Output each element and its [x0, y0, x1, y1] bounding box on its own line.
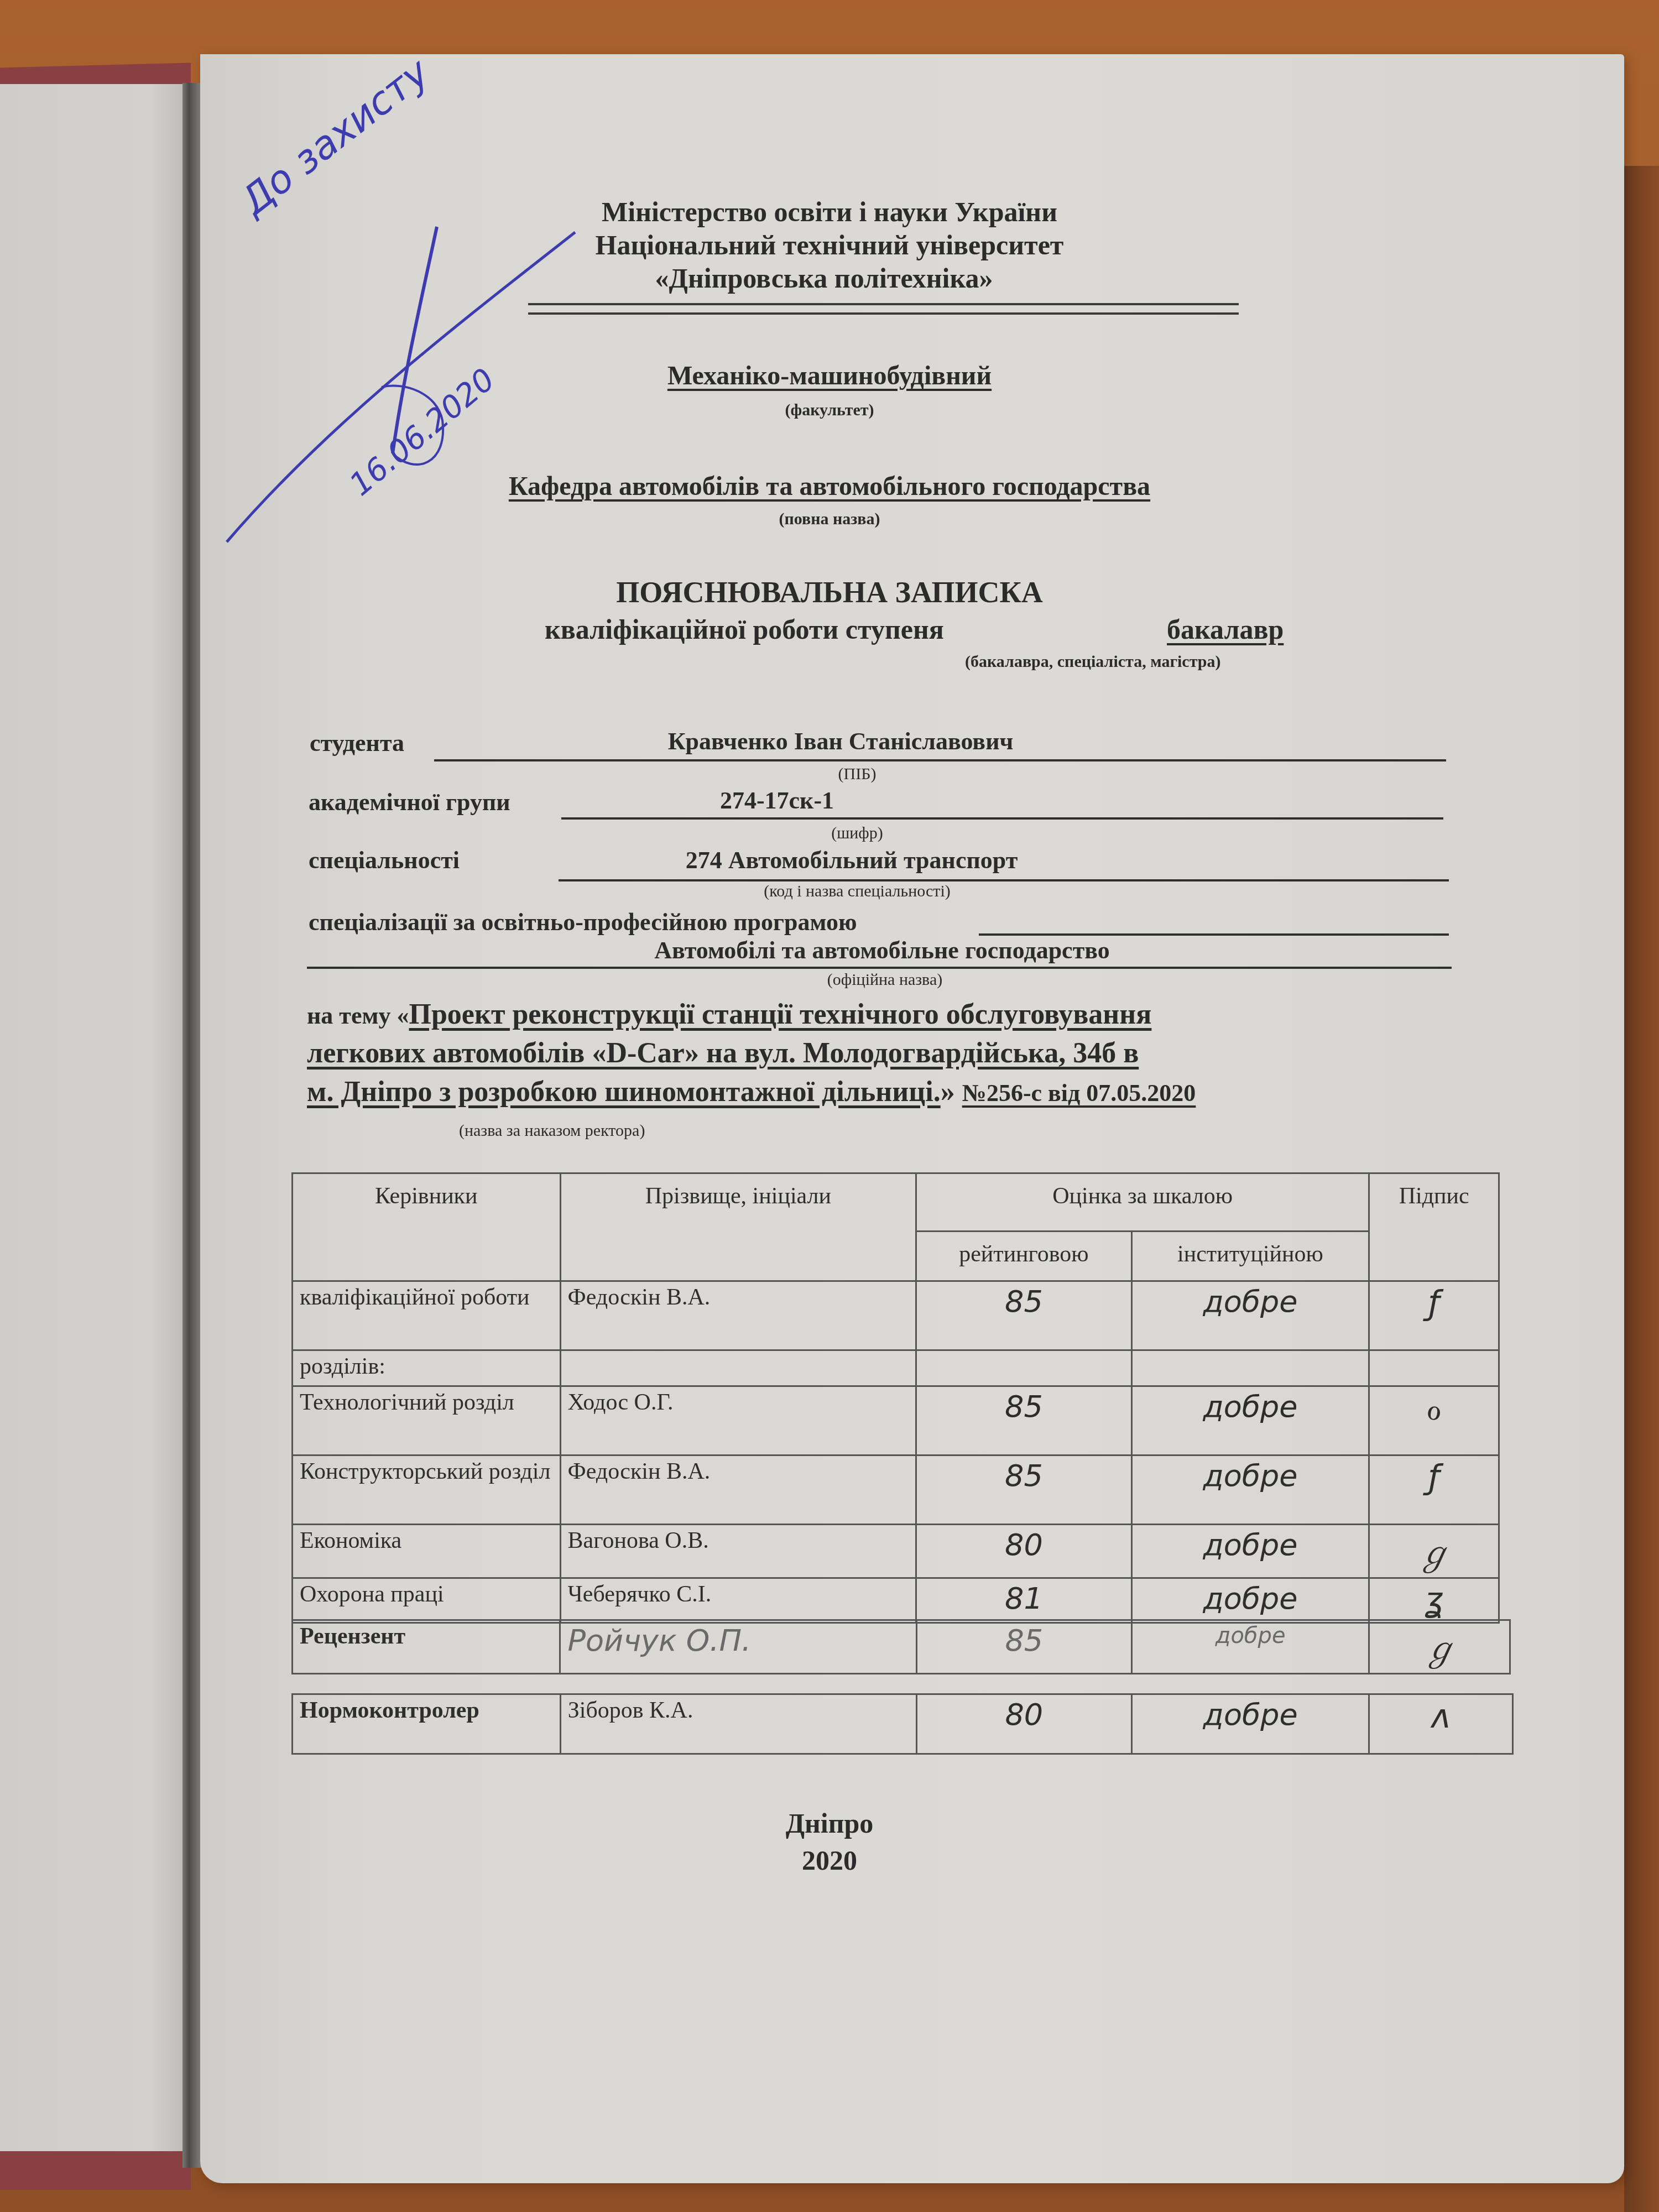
- signature-mark: ƒ: [1369, 1455, 1499, 1525]
- grades-table: Керівники Прізвище, ініціали Оцінка за ш…: [291, 1172, 1500, 1624]
- norm-controller-table: Нормоконтролер Зіборов К.А. 80 добре ʌ: [291, 1693, 1514, 1755]
- signature-mark: ʌ: [1369, 1694, 1513, 1754]
- reviewer-rating: 85: [916, 1620, 1131, 1674]
- topic-line-3: м. Дніпро з розробкою шиномонтажної діль…: [307, 1076, 1196, 1108]
- group-hint: (шифр): [719, 824, 995, 843]
- program-value: Автомобілі та автомобільне господарство: [307, 936, 1457, 964]
- table-header-row: Керівники Прізвище, ініціали Оцінка за ш…: [293, 1173, 1499, 1232]
- topic-text-3: м. Дніпро з розробкою шиномонтажної діль…: [307, 1076, 941, 1108]
- degree-value: бакалавр: [1167, 614, 1284, 645]
- header-rule-bottom: [528, 312, 1239, 315]
- topic-hint: (назва за наказом ректора): [459, 1121, 645, 1140]
- reviewer-institutional: добре: [1131, 1620, 1369, 1674]
- document-title: ПОЯСНЮВАЛЬНА ЗАПИСКА: [0, 577, 1659, 608]
- topic-close-quote: »: [941, 1076, 955, 1108]
- topic-text-2: легкових автомобілів «D-Car» на вул. Мол…: [307, 1037, 1139, 1069]
- reviewer-name: Ройчук О.П.: [560, 1620, 916, 1674]
- group-value: 274-17ск-1: [561, 786, 993, 815]
- row-role: кваліфікаційної роботи: [293, 1281, 561, 1350]
- signature-mark: ℊ: [1369, 1620, 1510, 1674]
- group-line: [561, 817, 1443, 820]
- norm-controller-name: Зіборов К.А.: [560, 1694, 916, 1754]
- student-label: студента: [310, 729, 404, 757]
- norm-controller-institutional: добре: [1131, 1694, 1369, 1754]
- specialty-label: спеціальності: [309, 846, 460, 874]
- specialty-value: 274 Автомобільний транспорт: [559, 846, 1145, 874]
- row-institutional: [1131, 1350, 1369, 1386]
- header-name: Прізвище, ініціали: [560, 1173, 916, 1281]
- topic-text-1: Проект реконструкції станції технічного …: [409, 999, 1151, 1030]
- row-name: Федоскін В.А.: [560, 1455, 916, 1525]
- row-rating: 81: [916, 1578, 1132, 1623]
- row-role: розділів:: [293, 1350, 561, 1386]
- row-rating: 85: [916, 1455, 1132, 1525]
- row-role: Конструкторський розділ: [293, 1455, 561, 1525]
- signature-mark: ℊ: [1369, 1525, 1499, 1578]
- row-role: Технологічний розділ: [293, 1386, 561, 1455]
- row-rating: 85: [916, 1386, 1132, 1455]
- row-institutional: добре: [1131, 1455, 1369, 1525]
- row-name: Чеберячко С.І.: [560, 1578, 916, 1623]
- header-institutional: інституційною: [1131, 1232, 1369, 1281]
- order-number: №256-с від 07.05.2020: [962, 1079, 1196, 1107]
- row-role: Охорона праці: [293, 1578, 561, 1623]
- student-hint: (ПІБ): [719, 765, 995, 784]
- reviewer-row: Рецензент Ройчук О.П. 85 добре ℊ: [293, 1620, 1510, 1674]
- degree-label: кваліфікаційної роботи ступеня: [545, 614, 944, 645]
- footer-city: Дніпро: [0, 1807, 1659, 1839]
- header-rule-top: [528, 303, 1239, 305]
- table-row: Конструкторський розділ Федоскін В.А. 85…: [293, 1455, 1499, 1525]
- row-role: Економіка: [293, 1525, 561, 1578]
- header-supervisors: Керівники: [293, 1173, 561, 1281]
- topic-line-2: легкових автомобілів «D-Car» на вул. Мол…: [307, 1037, 1139, 1070]
- program-line-2: [307, 967, 1452, 969]
- header-signature: Підпис: [1369, 1173, 1499, 1281]
- specialty-hint: (код і назва спеціальності): [691, 882, 1023, 901]
- approval-signature-icon: [216, 166, 603, 553]
- row-rating: [916, 1350, 1132, 1386]
- header-grade: Оцінка за шкалою: [916, 1173, 1369, 1232]
- table-row: Технологічний розділ Ходос О.Г. 85 добре…: [293, 1386, 1499, 1455]
- degree-hint: (бакалавра, спеціаліста, магістра): [965, 653, 1220, 671]
- row-institutional: добре: [1131, 1281, 1369, 1350]
- row-signature: [1369, 1350, 1499, 1386]
- book-cover-edge-bottom: [0, 2151, 191, 2190]
- table-row: розділів:: [293, 1350, 1499, 1386]
- row-rating: 80: [916, 1525, 1132, 1578]
- row-institutional: добре: [1131, 1386, 1369, 1455]
- signature-mark: ƒ: [1369, 1281, 1499, 1350]
- row-name: Федоскін В.А.: [560, 1281, 916, 1350]
- row-name: Вагонова О.В.: [560, 1525, 916, 1578]
- student-value: Кравченко Іван Станіславович: [434, 727, 1247, 755]
- topic-line-1: на тему «Проект реконструкції станції те…: [307, 998, 1151, 1031]
- row-institutional: добре: [1131, 1525, 1369, 1578]
- norm-controller-rating: 80: [916, 1694, 1131, 1754]
- topic-label: на тему «: [307, 1002, 409, 1029]
- header-rating: рейтинговою: [916, 1232, 1132, 1281]
- row-rating: 85: [916, 1281, 1132, 1350]
- specialty-line: [559, 879, 1449, 881]
- reviewer-role: Рецензент: [293, 1620, 560, 1674]
- reviewer-table: Рецензент Ройчук О.П. 85 добре ℊ: [291, 1619, 1511, 1674]
- table-row: кваліфікаційної роботи Федоскін В.А. 85 …: [293, 1281, 1499, 1350]
- table-row: Охорона праці Чеберячко С.І. 81 добре ʓ: [293, 1578, 1499, 1623]
- program-line-1: [979, 933, 1449, 936]
- norm-controller-row: Нормоконтролер Зіборов К.А. 80 добре ʌ: [293, 1694, 1513, 1754]
- student-line: [434, 759, 1446, 761]
- footer-year: 2020: [0, 1844, 1659, 1876]
- row-name: Ходос О.Г.: [560, 1386, 916, 1455]
- norm-controller-role: Нормоконтролер: [293, 1694, 561, 1754]
- program-hint: (офіційна назва): [747, 971, 1023, 989]
- signature-mark: ʓ: [1369, 1578, 1499, 1623]
- row-name: [560, 1350, 916, 1386]
- table-row: Економіка Вагонова О.В. 80 добре ℊ: [293, 1525, 1499, 1578]
- group-label: академічної групи: [309, 788, 510, 816]
- row-institutional: добре: [1131, 1578, 1369, 1623]
- signature-mark: ℴ: [1369, 1386, 1499, 1455]
- program-label: спеціалізації за освітньо-професійною пр…: [309, 908, 857, 936]
